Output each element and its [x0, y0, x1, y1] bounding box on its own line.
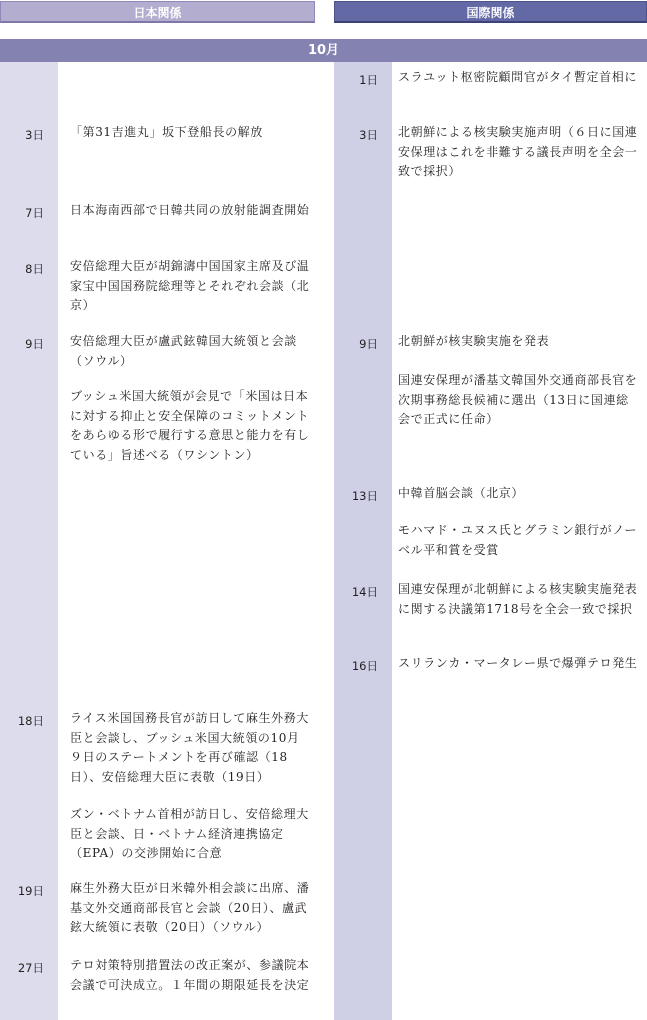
event-date: 19日 [0, 883, 44, 899]
event-text: 「第31吉進丸」坂下登船長の解放 [70, 123, 310, 143]
event-text: 安倍総理大臣が盧武鉉韓国大統領と会談（ソウル） [70, 332, 310, 371]
event-text: テロ対策特別措置法の改正案が、参議院本会議で可決成立。１年間の期限延長を決定 [70, 956, 310, 995]
event-text: モハマド・ユヌス氏とグラミン銀行がノーベル平和賞を受賞 [398, 521, 640, 560]
event-text: ズン・ベトナム首相が訪日し、安倍総理大臣と会談、日・ベトナム経済連携協定（EPA… [70, 805, 310, 864]
event-text: スリランカ・マータレー県で爆弾テロ発生 [398, 654, 640, 674]
event-date: 3日 [334, 127, 378, 143]
event-text: 北朝鮮による核実験実施声明（６日に国連安保理はこれを非難する議長声明を全会一致で… [398, 123, 640, 182]
event-date: 9日 [0, 336, 44, 352]
event-text: 北朝鮮が核実験実施を発表 [398, 332, 640, 352]
event-date: 7日 [0, 205, 44, 221]
event-date: 14日 [334, 584, 378, 600]
event-text: 日本海南西部で日韓共同の放射能調査開始 [70, 201, 310, 221]
month-bar: 10月 [0, 39, 647, 62]
event-date: 1日 [334, 72, 378, 88]
event-text: 麻生外務大臣が日米韓外相会談に出席、潘基文外交通商部長官と会談（20日）、盧武鉉… [70, 879, 310, 938]
event-text: 国連安保理が北朝鮮による核実験実施発表に関する決議第1718号を全会一致で採択 [398, 580, 640, 619]
event-date: 8日 [0, 261, 44, 277]
event-text: スラユット枢密院顧問官がタイ暫定首相に [398, 68, 640, 88]
event-date: 18日 [0, 713, 44, 729]
international-relations-header: 国際関係 [334, 1, 647, 23]
event-text: ブッシュ米国大統領が会見で「米国は日本に対する抑止と安全保障のコミットメントをあ… [70, 387, 310, 465]
event-text: ライス米国国務長官が訪日して麻生外務大臣と会談し、ブッシュ米国大統領の10月９日… [70, 709, 310, 787]
event-date: 13日 [334, 488, 378, 504]
event-date: 27日 [0, 960, 44, 976]
event-text: 安倍総理大臣が胡錦濤中国国家主席及び温家宝中国国務院総理等とそれぞれ会談（北京） [70, 257, 310, 316]
event-date: 3日 [0, 127, 44, 143]
japan-relations-header: 日本関係 [0, 1, 315, 23]
event-text: 国連安保理が潘基文韓国外交通商部長官を次期事務総長候補に選出（13日に国連総会で… [398, 371, 640, 430]
event-text: 中韓首脳会談（北京） [398, 484, 640, 504]
international-date-column [334, 62, 392, 1020]
event-date: 9日 [334, 336, 378, 352]
event-date: 16日 [334, 658, 378, 674]
